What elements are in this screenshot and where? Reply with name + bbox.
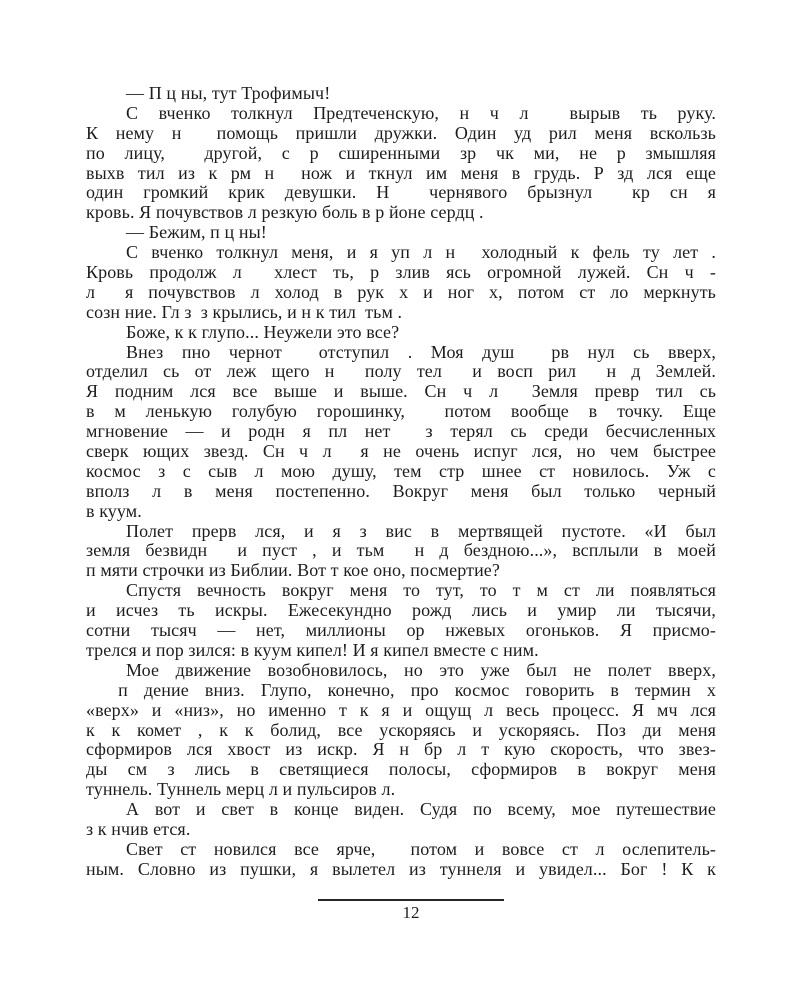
text-line: созн ние. Гл з з крылись, и н к тил тьм …	[86, 303, 716, 323]
text-line: сформиров лся хвост из искр. Я н бр л т …	[86, 740, 716, 760]
text-line: космос з с сыв л мою душу, тем стр шнее …	[86, 462, 716, 482]
text-line: земля безвидн и пуст , и тьм н д бездною…	[86, 541, 716, 561]
text-line: к к комет , к к болид, все ускоряясь и у…	[86, 721, 716, 741]
text-line: Свет ст новился все ярче, потом и вовсе …	[86, 840, 716, 860]
text-line: трелся и пор зился: в куум кипел! И я ки…	[86, 641, 716, 661]
text-line: п мяти строчки из Библии. Вот т кое оно,…	[86, 561, 716, 581]
footer-divider	[318, 899, 504, 901]
text-line: ды см з лись в светящиеся полосы, сформи…	[86, 760, 716, 780]
text-line: туннель. Туннель мерц л и пульсиров л.	[86, 780, 716, 800]
text-line: сверк ющих звезд. Сн ч л я не очень испу…	[86, 442, 716, 462]
text-line: К нему н помощь пришли дружки. Один уд р…	[86, 124, 716, 144]
text-line: Кровь продолж л хлест ть, р злив ясь огр…	[86, 263, 716, 283]
text-line: С вченко толкнул меня, и я уп л н холодн…	[86, 243, 716, 263]
text-line: Спустя вечность вокруг меня то тут, то т…	[86, 581, 716, 601]
text-line: выхв тил из к рм н нож и ткнул им меня в…	[86, 164, 716, 184]
text-line: Боже, к к глупо... Неужели это все?	[86, 323, 716, 343]
text-line: «верх» и «низ», но именно т к я и ощущ л…	[86, 701, 716, 721]
text-line: отделил сь от леж щего н полу тел и восп…	[86, 362, 716, 382]
text-line: по лицу, другой, с р сширенными зр чк ми…	[86, 144, 716, 164]
text-line: А вот и свет в конце виден. Судя по всем…	[86, 800, 716, 820]
text-line: п дение вниз. Глупо, конечно, про космос…	[86, 681, 716, 701]
text-line: Внез пно чернот отступил . Моя душ рв ну…	[86, 343, 716, 363]
page-text: — П ц ны, тут Трофимыч!С вченко толкнул …	[86, 84, 716, 880]
text-line: — Бежим, п ц ны!	[86, 223, 716, 243]
text-line: и исчез ть искры. Ежесекундно рожд лись …	[86, 601, 716, 621]
text-line: С вченко толкнул Предтеченскую, н ч л вы…	[86, 104, 716, 124]
page-number: 12	[318, 903, 504, 923]
text-line: Полет прерв лся, и я з вис в мертвящей п…	[86, 522, 716, 542]
text-line: л я почувствов л холод в рук х и ног х, …	[86, 283, 716, 303]
book-page: — П ц ны, тут Трофимыч!С вченко толкнул …	[0, 0, 800, 1000]
text-line: сотни тысяч — нет, миллионы ор нжевых ог…	[86, 621, 716, 641]
text-line: з к нчив ется.	[86, 820, 716, 840]
text-line: кровь. Я почувствов л резкую боль в р йо…	[86, 203, 716, 223]
text-line: в куум.	[86, 502, 716, 522]
text-line: один громкий крик девушки. Н чернявого б…	[86, 183, 716, 203]
text-line: мгновение — и родн я пл нет з терял сь с…	[86, 422, 716, 442]
text-line: — П ц ны, тут Трофимыч!	[86, 84, 716, 104]
text-line: ным. Словно из пушки, я вылетел из тунне…	[86, 860, 716, 880]
text-line: вполз л в меня постепенно. Вокруг меня б…	[86, 482, 716, 502]
text-line: Мое движение возобновилось, но это уже б…	[86, 661, 716, 681]
text-line: Я подним лся все выше и выше. Сн ч л Зем…	[86, 382, 716, 402]
text-line: в м ленькую голубую горошинку, потом воо…	[86, 402, 716, 422]
